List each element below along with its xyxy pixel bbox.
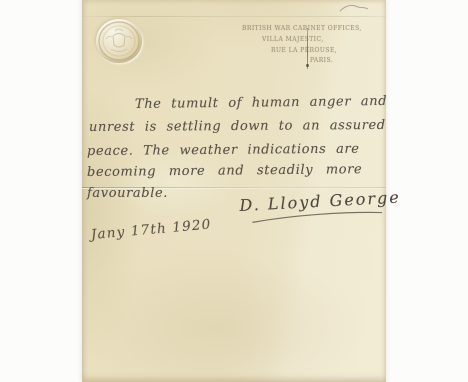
body-line-5: favourable.: [87, 186, 168, 201]
signature: D. Lloyd George: [239, 188, 391, 234]
letterhead-line-4: PARIS.: [310, 57, 333, 64]
body-line-2: unrest is settling down to an assured: [89, 118, 386, 135]
pencil-mark: [338, 2, 370, 14]
letter-paper: BRITISH WAR CABINET OFFICES, VILLA MAJES…: [82, 0, 386, 382]
embossed-crest-seal-icon: [96, 19, 142, 63]
scan-background: BRITISH WAR CABINET OFFICES, VILLA MAJES…: [0, 0, 468, 382]
body-line-3: peace. The weather indications are: [87, 142, 360, 159]
fold-crease-top: [82, 16, 386, 17]
date-line: Jany 17th 1920: [90, 216, 212, 242]
body-line-1: The tumult of human anger and: [135, 94, 387, 112]
letterhead-line-3: RUE LA PÉROUSE,: [271, 47, 337, 54]
letterhead-line-1: BRITISH WAR CABINET OFFICES,: [242, 25, 362, 32]
vertical-ink-mark: [307, 28, 308, 69]
letterhead-line-2: VILLA MAJESTIC,: [262, 36, 324, 43]
body-line-4: becoming more and steadily more: [87, 162, 362, 180]
